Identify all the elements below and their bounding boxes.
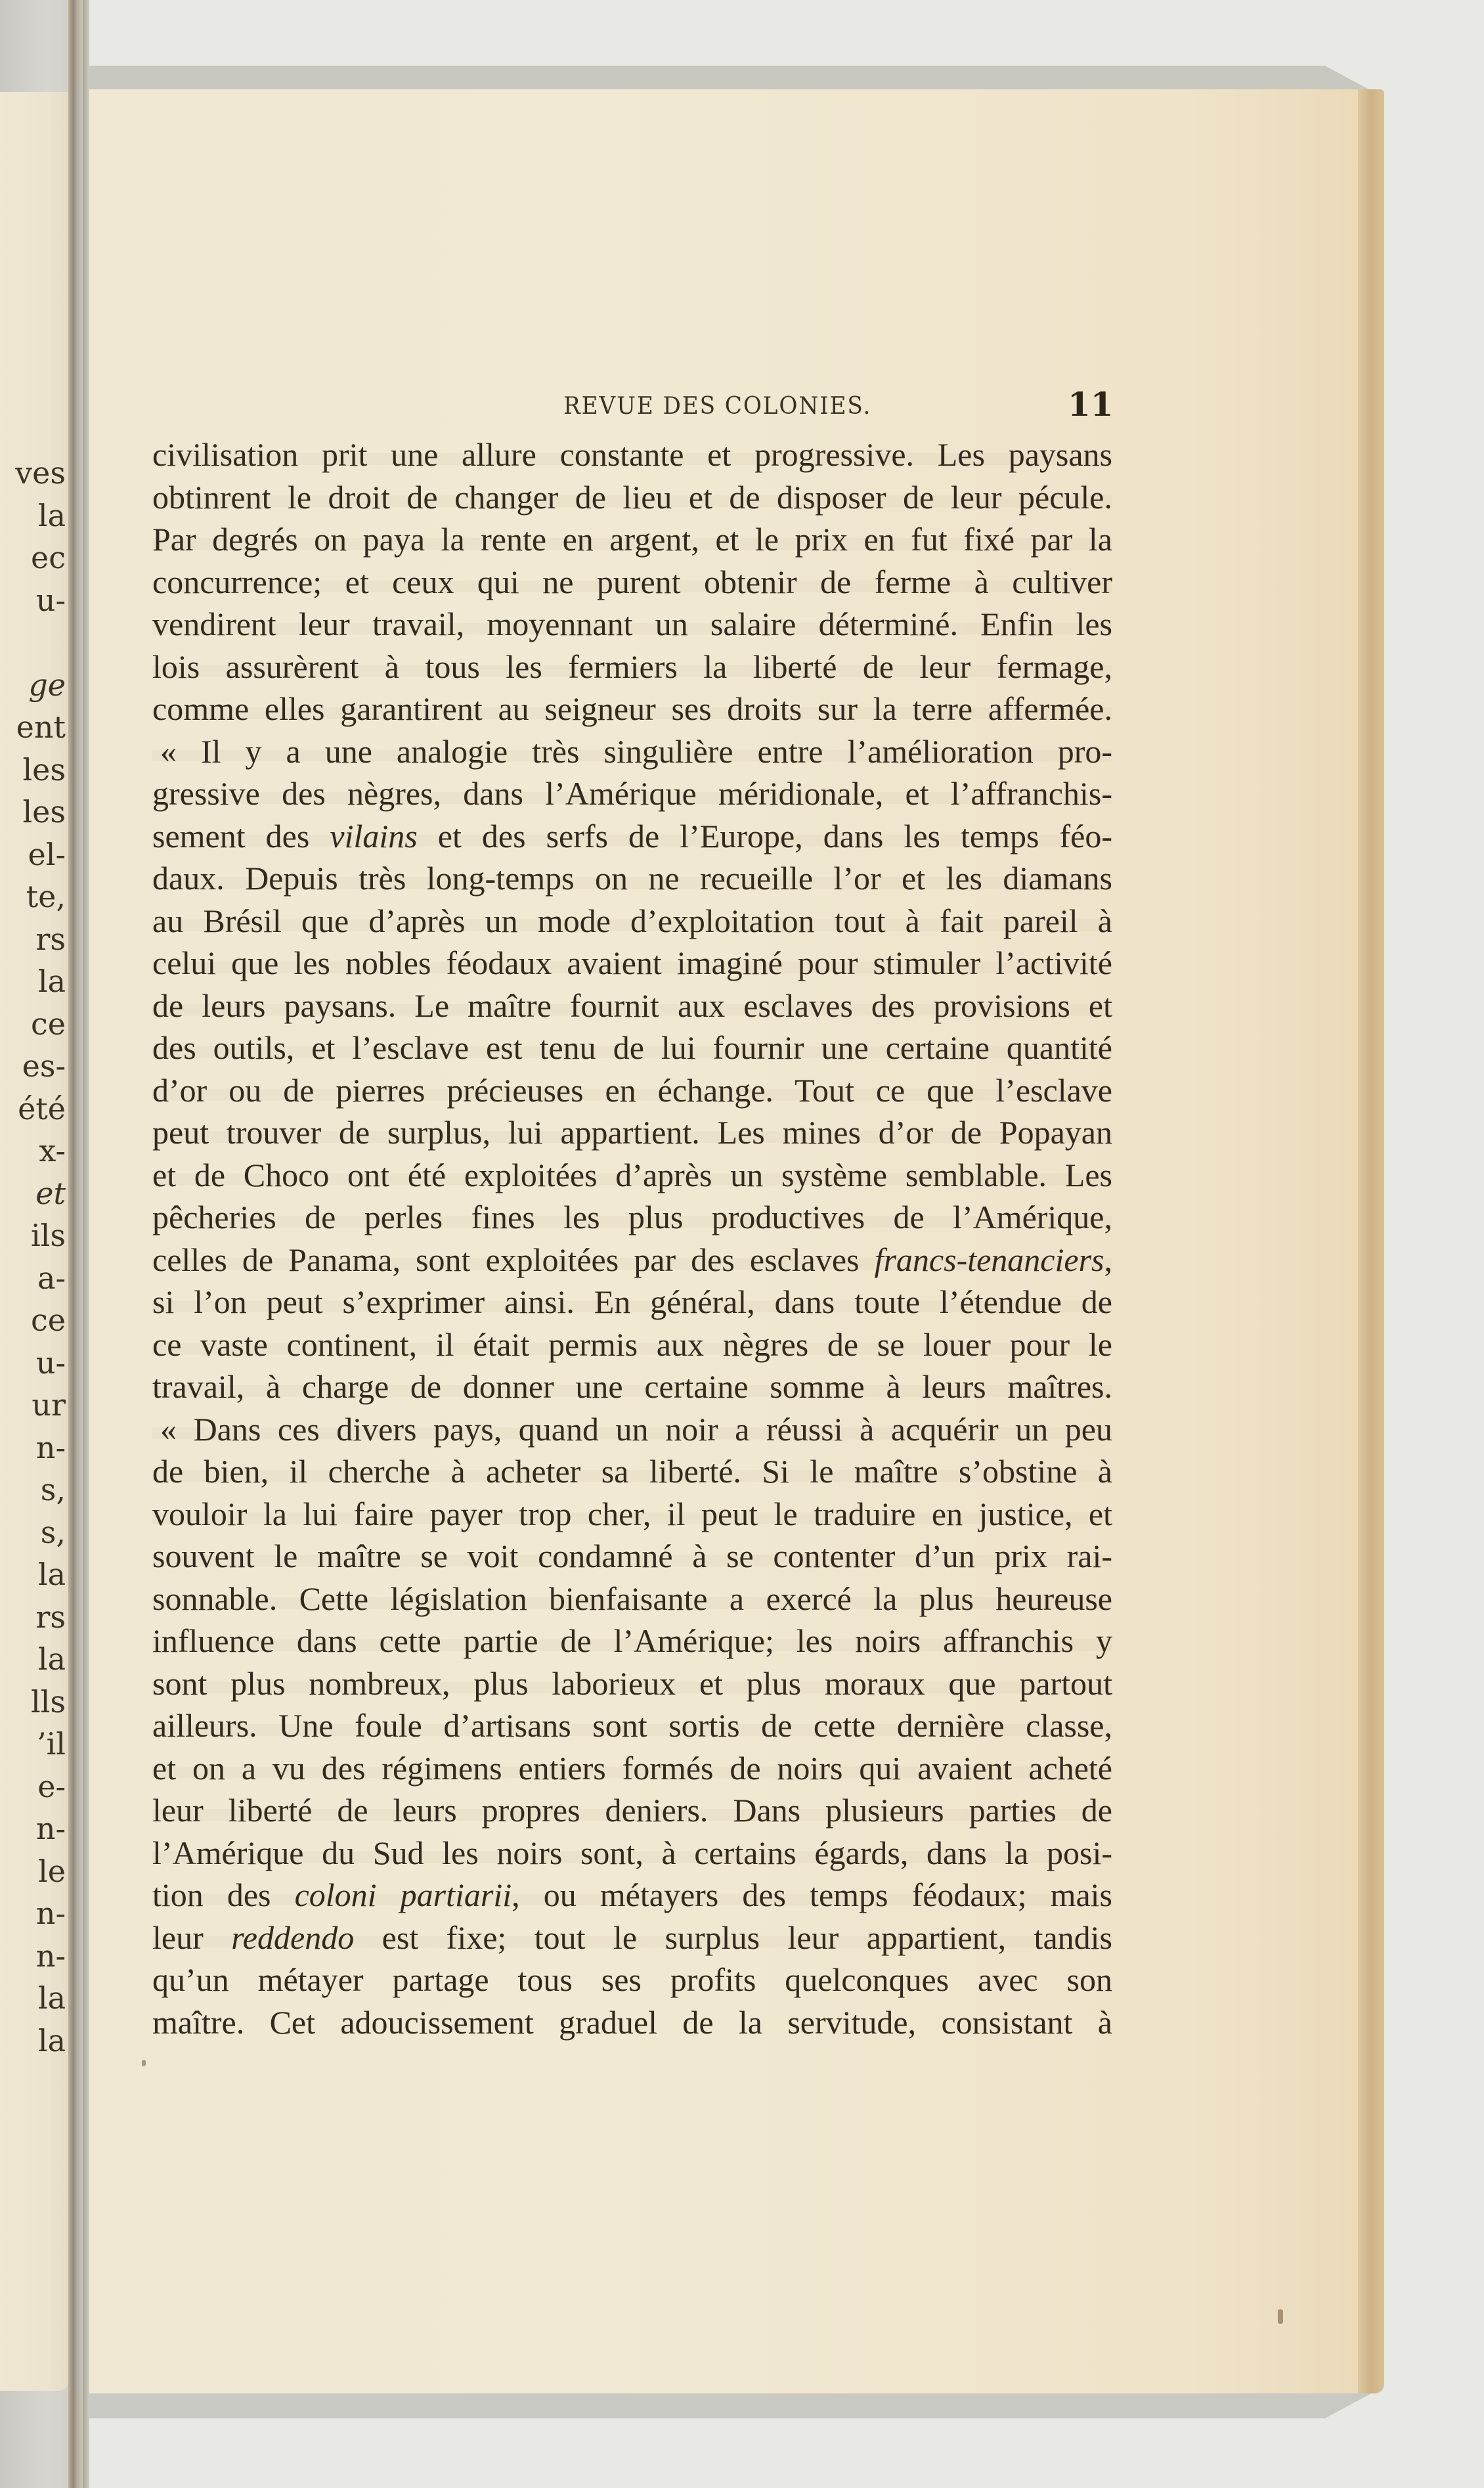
left-page-fragment: n-	[0, 1427, 68, 1469]
left-page-fragment: rs	[0, 1596, 68, 1639]
left-page-fragment: ce	[0, 1003, 68, 1046]
text-line: leur liberté de leurs propres deniers. D…	[152, 1789, 1112, 1832]
text-line: et on a vu des régimens entiers formés d…	[152, 1747, 1112, 1790]
left-page-fragment: u-	[0, 579, 68, 622]
text-line: comme elles garantirent au seigneur ses …	[152, 688, 1112, 730]
left-page-fragment: el-	[0, 833, 68, 876]
text-line: celles de Panama, sont exploitées par de…	[152, 1239, 1112, 1281]
book-gutter	[68, 0, 83, 2488]
left-page-fragment: ves	[0, 452, 68, 495]
left-page-fragment: s,	[0, 1469, 68, 1511]
left-page-fragment: a-	[0, 1257, 68, 1300]
left-page-fragment: rs	[0, 918, 68, 961]
left-page-fragment: été	[0, 1088, 68, 1130]
text-line: « Dans ces divers pays, quand un noir a …	[152, 1408, 1112, 1451]
left-page-fragment: te,	[0, 876, 68, 918]
left-page-fragment	[0, 621, 68, 664]
left-page-fragment: n-	[0, 1935, 68, 1978]
left-page-fragment: lls	[0, 1681, 68, 1723]
left-page-fragment: les	[0, 749, 68, 791]
text-line: civilisation prit une allure constante e…	[152, 433, 1112, 476]
text-line: vendirent leur travail, moyennant un sal…	[152, 603, 1112, 646]
paper-speck	[1278, 2309, 1283, 2324]
left-page-fragment: le	[0, 1850, 68, 1893]
left-page-fragment: s,	[0, 1511, 68, 1554]
text-line: tion des coloni partiarii, ou métayers d…	[152, 1874, 1112, 1917]
left-page-fragment: ur	[0, 1384, 68, 1427]
page-bottom-shadow	[89, 2391, 1376, 2418]
text-line: vouloir la lui faire payer trop cher, il…	[152, 1493, 1112, 1536]
page-number: 11	[1068, 385, 1114, 424]
text-line: l’Amérique du Sud les noirs sont, à cert…	[152, 1832, 1112, 1875]
left-page-fragment: la	[0, 495, 68, 537]
running-head-title: REVUE DES COLONIES.	[563, 393, 871, 420]
text-line: sonnable. Cette législation bienfaisante…	[152, 1578, 1112, 1620]
text-line: pêcheries de perles fines les plus produ…	[152, 1196, 1112, 1239]
left-page-fragment: n-	[0, 1892, 68, 1935]
left-page-fragment: la	[0, 1638, 68, 1681]
left-page-text-fragments: veslaecu-geentleslesel-te,rslacees-étéx-…	[0, 452, 68, 2062]
left-page-fragment: e-	[0, 1766, 68, 1808]
text-line: au Brésil que d’après un mode d’exploita…	[152, 900, 1112, 943]
left-page-fragment: la	[0, 1553, 68, 1596]
text-line: sont plus nombreux, plus laborieux et pl…	[152, 1662, 1112, 1705]
text-line: maître. Cet adoucissement graduel de la …	[152, 2001, 1112, 2044]
left-page-fragment: ’il	[0, 1723, 68, 1766]
text-line: et de Choco ont été exploitées d’après u…	[152, 1154, 1112, 1197]
left-page-fragment: es-	[0, 1045, 68, 1088]
text-line: celui que les nobles féodaux avaient ima…	[152, 942, 1112, 985]
paper-speck	[142, 2060, 146, 2066]
left-page-fragment: et	[0, 1172, 68, 1215]
left-page-fragment: les	[0, 791, 68, 833]
body-text: civilisation prit une allure constante e…	[152, 433, 1112, 2043]
left-page-fragment: la	[0, 960, 68, 1003]
left-page-fragment: ce	[0, 1299, 68, 1342]
text-line: qu’un métayer partage tous ses profits q…	[152, 1959, 1112, 2001]
text-line: travail, à charge de donner une certaine…	[152, 1366, 1112, 1408]
text-line: « Il y a une analogie très singulière en…	[152, 730, 1112, 773]
text-line: peut trouver de surplus, lui appartient.…	[152, 1111, 1112, 1154]
text-line: concurrence; et ceux qui ne purent obten…	[152, 561, 1112, 604]
text-line: si l’on peut s’exprimer ainsi. En généra…	[152, 1281, 1112, 1323]
book-page: REVUE DES COLONIES. 11 civilisation prit…	[89, 89, 1384, 2393]
text-line: obtinrent le droit de changer de lieu et…	[152, 476, 1112, 519]
text-line: souvent le maître se voit condamné à se …	[152, 1535, 1112, 1578]
text-line: influence dans cette partie de l’Amériqu…	[152, 1620, 1112, 1662]
left-page-fragment: ge	[0, 664, 68, 707]
text-line: daux. Depuis très long-temps on ne recue…	[152, 857, 1112, 900]
text-line: ailleurs. Une foule d’artisans sont sort…	[152, 1704, 1112, 1747]
text-line: de leurs paysans. Le maître fournit aux …	[152, 985, 1112, 1027]
text-line: sement des vilains et des serfs de l’Eur…	[152, 815, 1112, 858]
left-page-fragment: ec	[0, 537, 68, 579]
text-line: des outils, et l’esclave est tenu de lui…	[152, 1027, 1112, 1069]
text-line: leur reddendo est fixe; tout le surplus …	[152, 1917, 1112, 1959]
text-line: gressive des nègres, dans l’Amérique mér…	[152, 772, 1112, 815]
text-line: de bien, il cherche à acheter sa liberté…	[152, 1450, 1112, 1493]
left-page-fragment: la	[0, 2020, 68, 2062]
left-page-fragment: n-	[0, 1808, 68, 1850]
book-gutter-inner	[83, 0, 89, 2488]
left-page-fragment: u-	[0, 1342, 68, 1385]
text-line: d’or ou de pierres précieuses en échange…	[152, 1069, 1112, 1112]
text-line: ce vaste continent, il était permis aux …	[152, 1323, 1112, 1366]
text-line: Par degrés on paya la rente en argent, e…	[152, 518, 1112, 561]
left-page-fragment: ent	[0, 706, 68, 749]
left-page-fragment: ils	[0, 1214, 68, 1257]
left-page-fragment: x-	[0, 1130, 68, 1172]
text-line: lois assurèrent à tous les fermiers la l…	[152, 646, 1112, 688]
left-page-fragment: la	[0, 1977, 68, 2020]
page-fore-edge	[1358, 89, 1384, 2393]
